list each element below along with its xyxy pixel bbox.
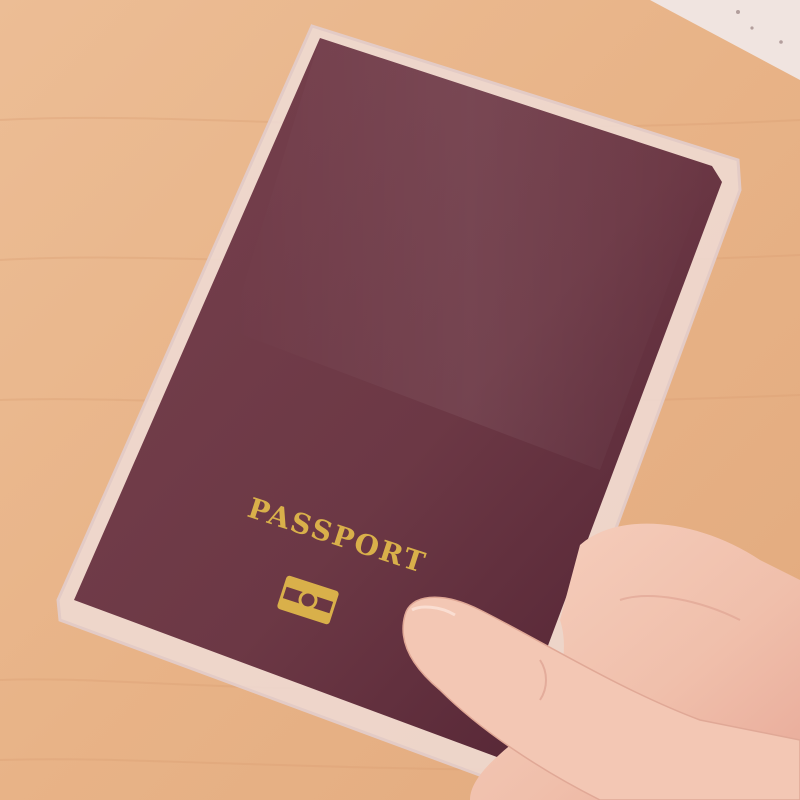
product-photo: PASSPORT <box>0 0 800 800</box>
